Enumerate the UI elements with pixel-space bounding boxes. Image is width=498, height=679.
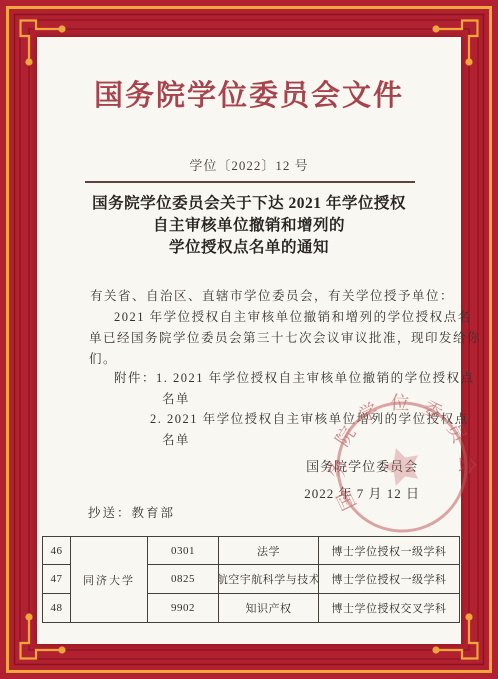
paragraph-line-1: 2021 年学位授权自主审核单位撤销和增列的学位授权点名 [114, 307, 472, 325]
table-cell-discipline: 航空宇航科学与技术 [219, 565, 319, 593]
salutation-line: 有关省、自治区、直辖市学位委员会，有关学位授予单位： [90, 286, 454, 304]
table-cell-category: 博士学位授权一级学科 [319, 565, 459, 593]
cc-line: 抄送：教育部 [88, 503, 175, 521]
issuer-name: 国务院学位委员会 [304, 456, 420, 475]
table-cell-discipline: 知识产权 [219, 594, 319, 622]
table-cell-university: 同济大学 [71, 537, 148, 622]
table-cell-code: 0301 [148, 537, 219, 565]
table-cell-no: 46 [43, 537, 71, 565]
document-photo: 国务院学位委员会文件 学位〔2022〕12 号 国务院学位委员会关于下达 202… [0, 0, 498, 679]
attachment-line-2-cont: 名单 [162, 430, 190, 448]
letterhead-title: 国务院学位委员会文件 [37, 73, 461, 114]
attachment-line-2: 2. 2021 年学位授权自主审核单位增列的学位授权点 [150, 409, 469, 427]
letterhead-rule [85, 181, 415, 183]
paragraph-line-3: 们。 [89, 349, 117, 367]
signature-block: 国务院学位委员会 2022 年 7 月 12 日 [304, 456, 420, 502]
paragraph-line-2: 单已经国务院学位委员会第三十七次会议审议批准，现印发给你 [89, 328, 481, 346]
table-cell-category: 博士学位授权一级学科 [319, 537, 459, 565]
attachment-line-1: 附件：1. 2021 年学位授权自主审核单位撤销的学位授权点 [114, 368, 475, 386]
table-cell-discipline: 法学 [219, 537, 319, 565]
table-cell-no: 48 [43, 594, 71, 622]
table-cell-category: 博士学位授权交叉学科 [319, 594, 459, 622]
subject-line-2: 自主审核单位撤销和增列的 [37, 215, 461, 237]
subject-line-3: 学位授权点名单的通知 [37, 237, 461, 259]
issue-date: 2022 年 7 月 12 日 [304, 483, 420, 502]
subject-title: 国务院学位委员会关于下达 2021 年学位授权 自主审核单位撤销和增列的 学位授… [37, 193, 461, 259]
subject-line-1: 国务院学位委员会关于下达 2021 年学位授权 [37, 193, 461, 215]
table-cell-code: 0825 [148, 565, 219, 593]
doc-number: 学位〔2022〕12 号 [37, 155, 461, 174]
document-page: 国务院学位委员会文件 学位〔2022〕12 号 国务院学位委员会关于下达 202… [37, 37, 461, 644]
attachment-line-1-cont: 名单 [162, 389, 190, 407]
table-cell-no: 47 [43, 565, 71, 593]
authorization-table: 同济大学 46 0301 法学 博士学位授权一级学科 47 0825 航空宇航科… [42, 536, 460, 623]
table-cell-code: 9902 [148, 594, 219, 622]
